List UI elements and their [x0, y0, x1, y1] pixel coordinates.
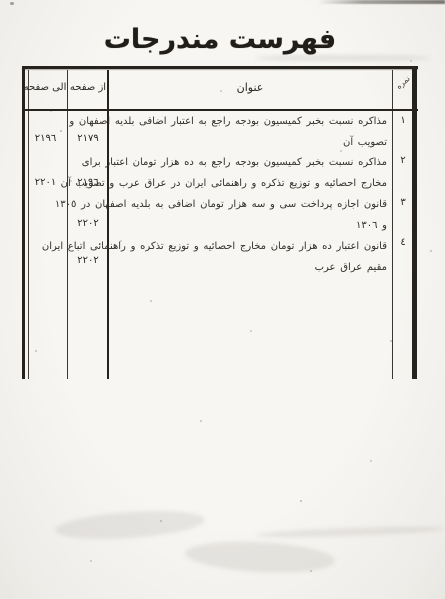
row-title-line: قانون اعتبار ده هزار تومان مخارج احصائیه… — [108, 237, 387, 258]
row-from-page: ٢١٩٦ — [69, 177, 107, 188]
row-number: ٣ — [394, 197, 412, 208]
row-from-page: ٢٢٠٢ — [69, 218, 107, 229]
page-title: فهرست مندرجات — [0, 24, 440, 55]
scan-speck-artifact — [10, 2, 14, 5]
row-title-line: و ١٣٠٦ — [108, 216, 387, 237]
table-header-divider — [22, 109, 418, 111]
header-title: عنوان — [108, 81, 392, 94]
row-title: قانون اجازه پرداخت سی و سه هزار تومان اض… — [108, 195, 390, 236]
row-number: ٤ — [394, 237, 412, 248]
scan-noise-specks — [60, 130, 62, 132]
row-title-line: مذاکره نسبت بخبر کمیسیون بودجه راجع به د… — [108, 153, 387, 174]
row-number: ٢ — [394, 155, 412, 166]
header-row-number: نمره — [392, 72, 414, 93]
scan-smudge — [255, 55, 430, 61]
row-title-line: مقیم عراق عرب — [108, 258, 387, 279]
row-title-line: قانون اجازه پرداخت سی و سه هزار تومان اض… — [108, 195, 387, 216]
scan-smudge — [54, 507, 205, 543]
scan-streak-artifact — [318, 0, 445, 4]
row-number: ١ — [394, 115, 412, 126]
row-from-page: ٢١٧٩ — [69, 133, 107, 144]
table-border-left-outer — [22, 66, 25, 379]
row-title-line: مخارج احصائیه و توزیع تذکره و راهنمائی ا… — [108, 174, 387, 195]
table-border-left-inner — [28, 70, 29, 379]
table-border-top — [22, 66, 418, 69]
row-title: قانون اعتبار ده هزار تومان مخارج احصائیه… — [108, 237, 390, 278]
row-to-page: ٢٢٠١ — [24, 177, 67, 188]
row-to-page: ٢١٩٦ — [24, 133, 67, 144]
table-border-right-outer — [412, 66, 417, 379]
row-title: مذاکره نسبت بخبر کمیسیون بودجه راجع به د… — [108, 153, 390, 194]
scan-smudge — [255, 525, 445, 540]
row-title: مذاکره نسبت بخبر کمیسیون بودجه راجع به ا… — [108, 112, 390, 153]
scanned-document-page: فهرست مندرجات الی صفحه از صفحه عنوان نمر… — [0, 0, 445, 599]
scan-smudge — [184, 538, 335, 576]
row-title-line: مذاکره نسبت بخبر کمیسیون بودجه راجع به ا… — [108, 112, 387, 133]
header-to-page: الی صفحه — [23, 82, 67, 93]
row-title-line: تصویب آن — [108, 133, 387, 154]
row-from-page: ٢٢٠٢ — [69, 255, 107, 266]
header-from-page: از صفحه — [69, 82, 107, 93]
